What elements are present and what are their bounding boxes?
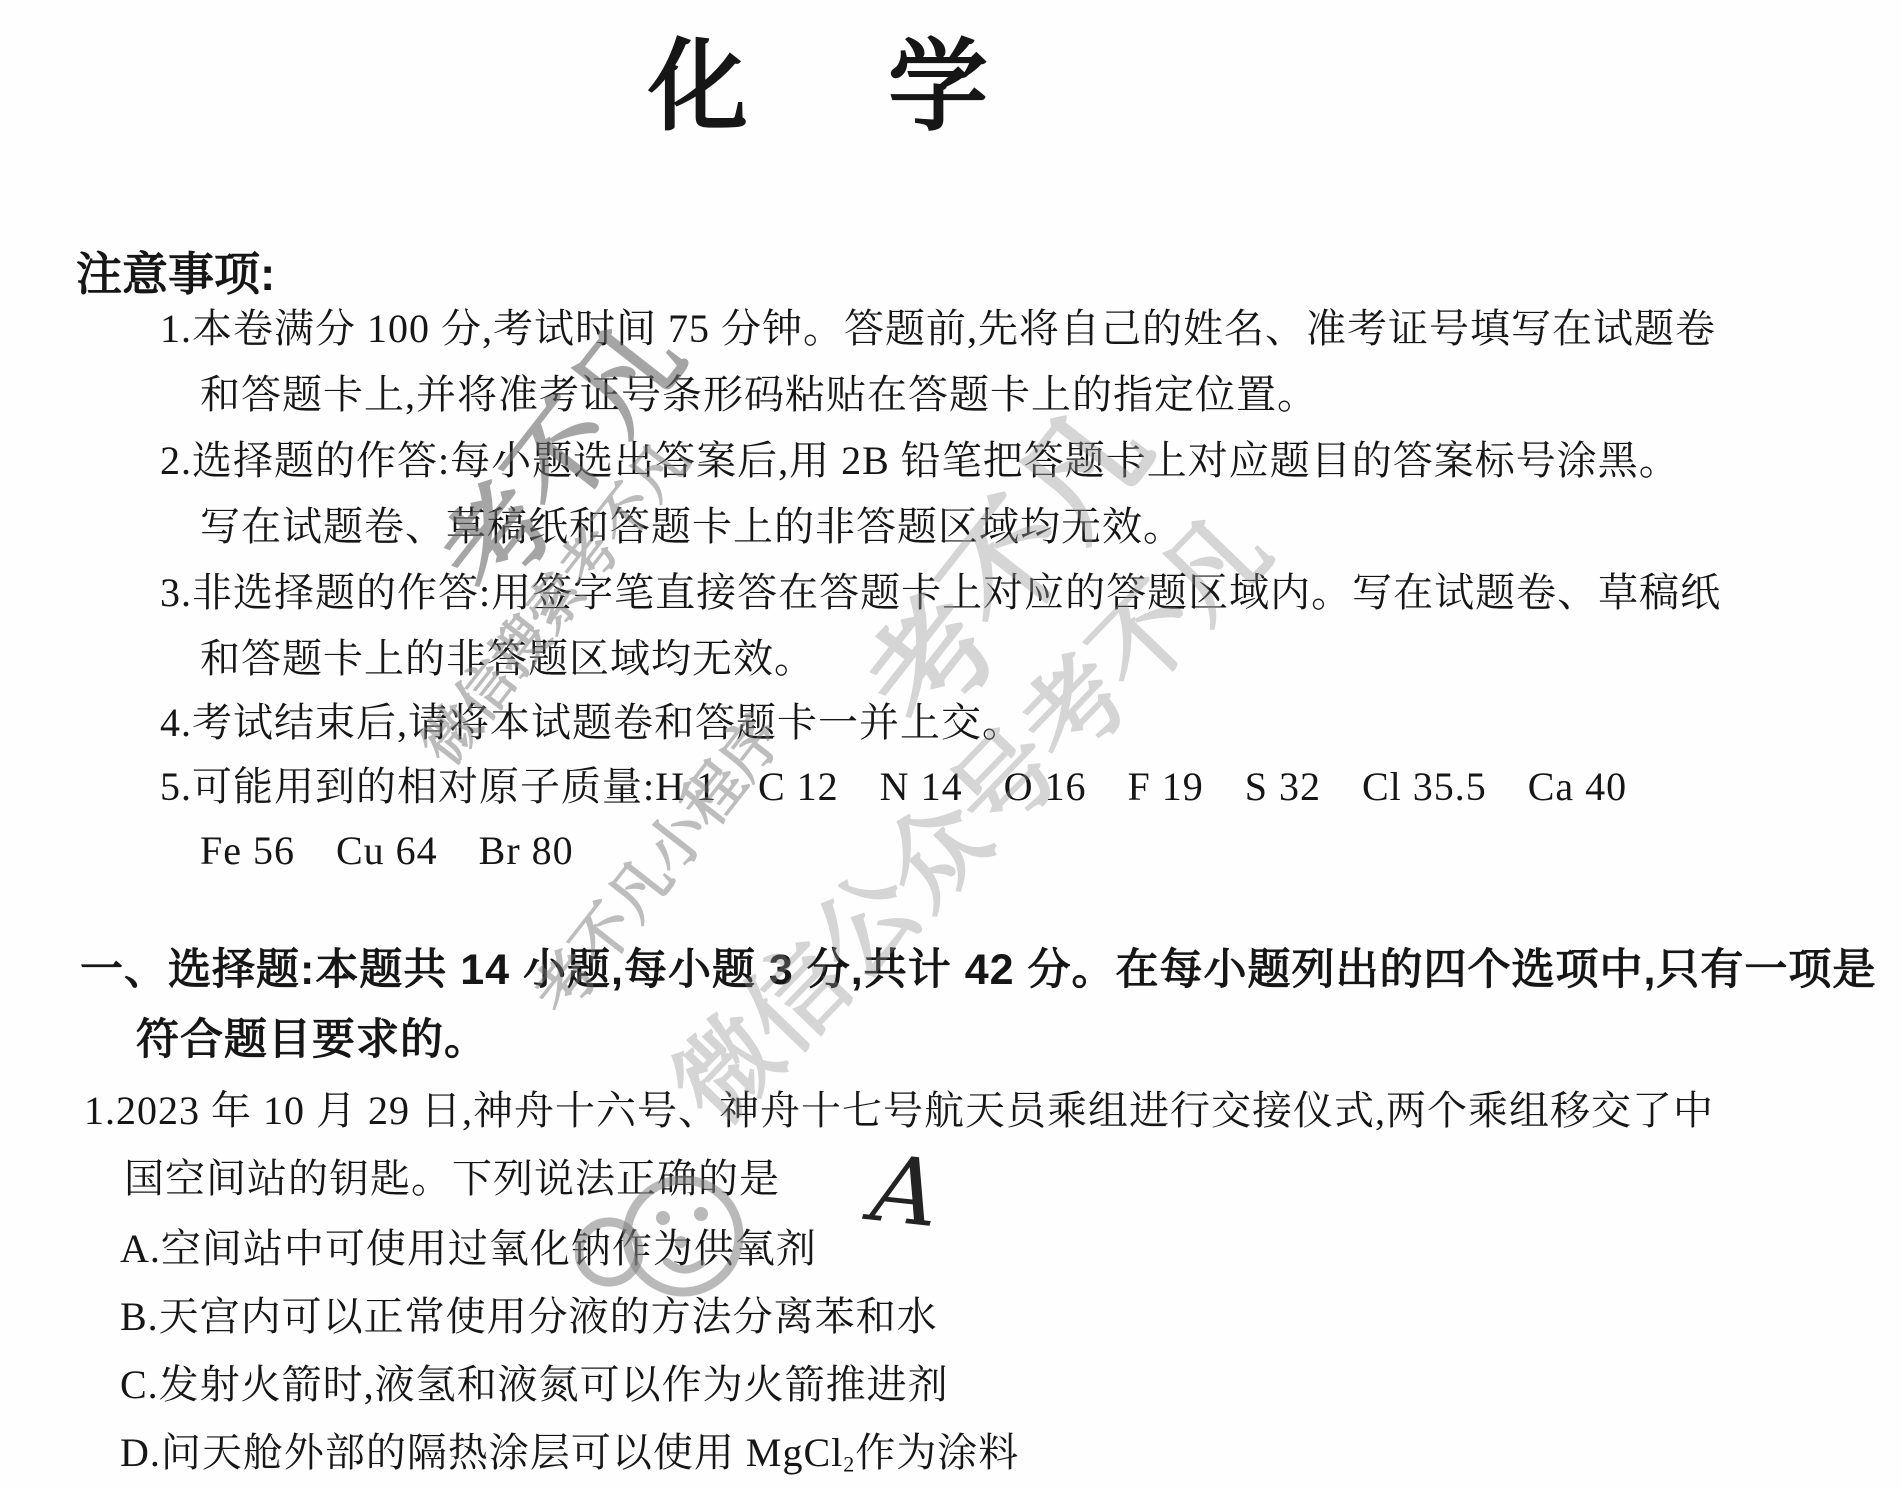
page-title: 化学 bbox=[648, 6, 1128, 150]
option-d-text-tail: 作为涂料 bbox=[855, 1430, 1019, 1475]
exam-paper-page: 化学 注意事项: 1.本卷满分 100 分,考试时间 75 分钟。答题前,先将自… bbox=[0, 0, 1901, 1490]
notice-item-5-line-1: 5.可能用到的相对原子质量:H 1 C 12 N 14 O 16 F 19 S … bbox=[160, 764, 1627, 810]
notice-item-3-line-1: 3.非选择题的作答:用签字笔直接答在答题卡上对应的答题区域内。写在试题卷、草稿纸 bbox=[160, 570, 1721, 616]
notice-heading: 注意事项: bbox=[76, 238, 275, 304]
handwritten-answer-mark: A bbox=[867, 1135, 944, 1248]
notice-item-1-line-2: 和答题卡上,并将准考证号条形码粘贴在答题卡上的指定位置。 bbox=[200, 372, 1318, 418]
question-1-line-1: 1.2023 年 10 月 29 日,神舟十六号、神舟十七号航天员乘组进行交接仪… bbox=[84, 1088, 1714, 1134]
notice-item-2-line-1: 2.选择题的作答:每小题选出答案后,用 2B 铅笔把答题卡上对应题目的答案标号涂… bbox=[160, 438, 1680, 484]
question-1-option-b: B.天宫内可以正常使用分液的方法分离苯和水 bbox=[120, 1294, 938, 1340]
option-d-text: D.问天舱外部的隔热涂层可以使用 MgCl bbox=[120, 1430, 843, 1475]
question-1-option-c: C.发射火箭时,液氢和液氮可以作为火箭推进剂 bbox=[120, 1362, 949, 1408]
question-1-option-a: A.空间站中可使用过氧化钠作为供氧剂 bbox=[120, 1226, 817, 1272]
section-heading-line-2: 符合题目要求的。 bbox=[136, 1016, 488, 1065]
question-1-option-d: D.问天舱外部的隔热涂层可以使用 MgCl2作为涂料 bbox=[120, 1430, 1019, 1477]
notice-item-2-line-2: 写在试题卷、草稿纸和答题卡上的非答题区域均无效。 bbox=[200, 504, 1184, 550]
option-d-subscript: 2 bbox=[843, 1452, 855, 1477]
notice-item-3-line-2: 和答题卡上的非答题区域均无效。 bbox=[200, 636, 815, 682]
notice-item-5-line-2: Fe 56 Cu 64 Br 80 bbox=[200, 828, 574, 874]
notice-item-1-line-1: 1.本卷满分 100 分,考试时间 75 分钟。答题前,先将自己的姓名、准考证号… bbox=[160, 306, 1716, 352]
section-heading-line-1: 一、选择题:本题共 14 小题,每小题 3 分,共计 42 分。在每小题列出的四… bbox=[80, 946, 1876, 995]
question-1-line-2: 国空间站的钥匙。下列说法正确的是 bbox=[124, 1156, 780, 1202]
watermark-brand-text-light: 考不凡 bbox=[818, 362, 1181, 758]
notice-item-4-line-1: 4.考试结束后,请将本试题卷和答题卡一并上交。 bbox=[160, 700, 1023, 746]
